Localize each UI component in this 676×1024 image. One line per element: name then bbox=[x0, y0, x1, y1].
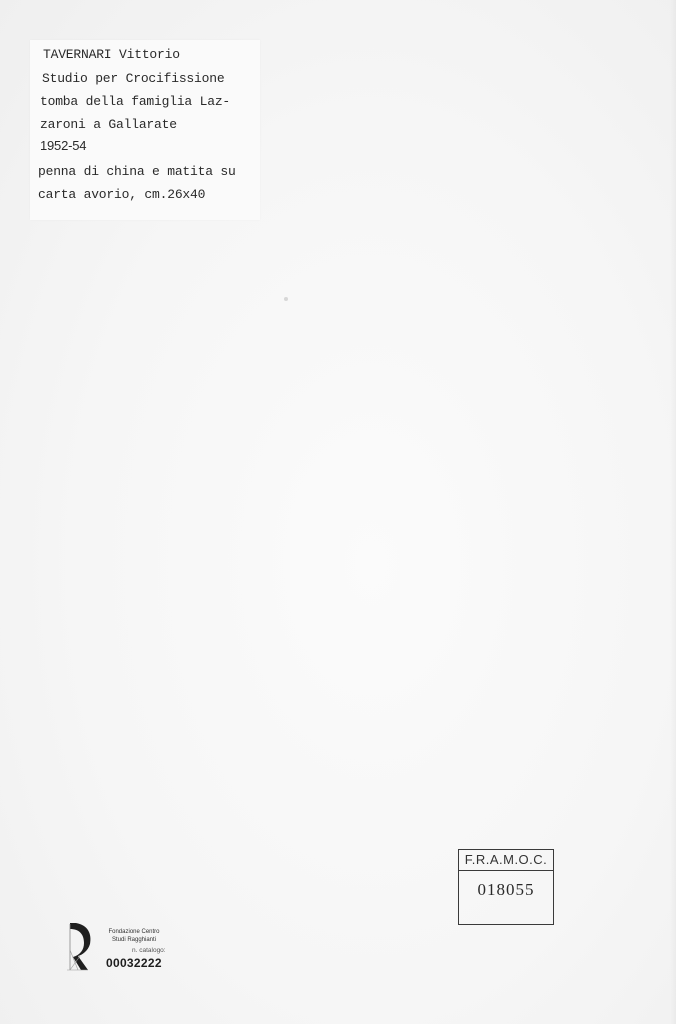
stamp-number: 018055 bbox=[459, 880, 553, 900]
label-title-line-1: Studio per Crocifissione bbox=[42, 71, 224, 86]
label-artist-name: TAVERNARI Vittorio bbox=[43, 47, 180, 62]
catalog-number: 00032222 bbox=[106, 956, 162, 970]
catalog-label: n. catalogo: bbox=[132, 947, 166, 954]
paper-speck bbox=[284, 297, 288, 301]
label-medium-line-2: carta avorio, cm.26x40 bbox=[38, 187, 205, 202]
typed-label-card: TAVERNARI Vittorio Studio per Crocifissi… bbox=[30, 40, 260, 220]
framoc-stamp: F.R.A.M.O.C. 018055 bbox=[458, 849, 554, 925]
foundation-name: Fondazione Centro Studi Ragghianti bbox=[104, 928, 164, 944]
label-medium-line-1: penna di china e matita su bbox=[38, 164, 236, 179]
foundation-name-line-2: Studi Ragghianti bbox=[104, 936, 164, 944]
foundation-stamp: Fondazione Centro Studi Ragghianti n. ca… bbox=[64, 920, 184, 975]
label-title-line-3: zaroni a Gallarate bbox=[40, 117, 177, 132]
page-edge-shadow bbox=[670, 0, 676, 1024]
label-title-line-2: tomba della famiglia Laz- bbox=[40, 94, 230, 109]
foundation-r-logo-icon bbox=[64, 920, 94, 972]
stamp-header: F.R.A.M.O.C. bbox=[459, 850, 553, 871]
foundation-name-line-1: Fondazione Centro bbox=[104, 928, 164, 936]
label-date: 1952-54 bbox=[40, 138, 86, 153]
